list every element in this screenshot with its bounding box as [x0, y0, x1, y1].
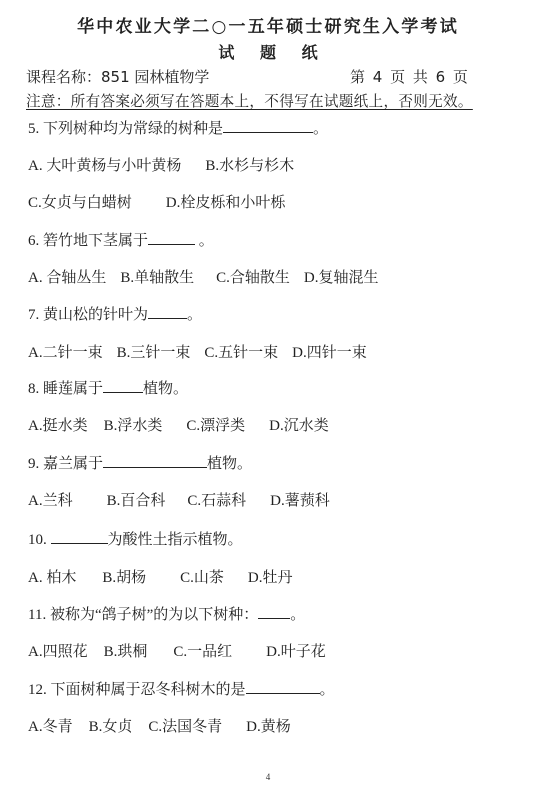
- course-name: 课程名称：851 园林植物学: [26, 66, 209, 87]
- stem-text: 10.: [28, 532, 51, 548]
- stem-text: 。: [320, 682, 335, 698]
- option: B.珙桐: [104, 644, 148, 660]
- options-row: C.女贞与白蜡树D.栓皮栎和小叶栎: [28, 191, 285, 212]
- options-row: A.四照花B.珙桐C.一品红D.叶子花: [28, 640, 326, 661]
- answer-blank: [103, 378, 143, 393]
- option: D.薯蓣科: [270, 493, 330, 509]
- option: A.四照花: [28, 644, 88, 660]
- stem-text: 。: [195, 233, 214, 249]
- options-row: A. 柏木B.胡杨C.山茶D.牡丹: [28, 566, 292, 587]
- stem-text: 11. 被称为“鸽子树”的为以下树种：: [28, 607, 258, 623]
- option: C.女贞与白蜡树: [28, 195, 132, 211]
- option: D.牡丹: [248, 570, 293, 586]
- option: C.法国冬青: [148, 719, 222, 735]
- stem-text: 6. 箬竹地下茎属于: [28, 233, 148, 249]
- option: C.五针一束: [204, 345, 278, 361]
- answer-blank: [103, 453, 207, 468]
- stem-text: 。: [290, 607, 305, 623]
- answer-blank: [223, 118, 313, 133]
- page-number: 4: [0, 772, 536, 782]
- option: B.三针一束: [117, 345, 191, 361]
- option: D.黄杨: [246, 719, 291, 735]
- question-stem: 8. 睡莲属于植物。: [28, 377, 188, 398]
- option: A.二针一束: [28, 345, 103, 361]
- stem-text: 为酸性土指示植物。: [108, 532, 243, 548]
- option: C.一品红: [173, 644, 232, 660]
- option: B.胡杨: [102, 570, 146, 586]
- option: C.山茶: [180, 570, 224, 586]
- question-stem: 6. 箬竹地下茎属于 。: [28, 229, 214, 250]
- options-row: A.挺水类B.浮水类C.漂浮类D.沉水类: [28, 414, 329, 435]
- option: A. 合轴丛生: [28, 270, 106, 286]
- answer-blank: [246, 679, 320, 694]
- option: A.挺水类: [28, 418, 88, 434]
- question-stem: 9. 嘉兰属于植物。: [28, 452, 252, 473]
- option: A.冬青: [28, 719, 73, 735]
- answer-blank: [258, 604, 290, 619]
- stem-text: 植物。: [143, 381, 188, 397]
- options-row: A. 合轴丛生B.单轴散生C.合轴散生D.复轴混生: [28, 266, 378, 287]
- exam-subtitle: 试 题 纸: [0, 40, 536, 63]
- stem-text: 。: [187, 307, 202, 323]
- option: A.兰科: [28, 493, 73, 509]
- answer-blank: [148, 304, 187, 319]
- options-row: A.兰科B.百合科C.石蒜科D.薯蓣科: [28, 489, 330, 510]
- answer-blank: [51, 529, 108, 544]
- stem-text: 5. 下列树种均为常绿的树种是: [28, 121, 223, 137]
- option: D.栓皮栎和小叶栎: [166, 195, 286, 211]
- option: D.叶子花: [266, 644, 326, 660]
- question-stem: 10. 为酸性土指示植物。: [28, 528, 243, 549]
- options-row: A. 大叶黄杨与小叶黄杨B.水杉与杉木: [28, 154, 294, 175]
- question-stem: 5. 下列树种均为常绿的树种是。: [28, 117, 328, 138]
- stem-text: 植物。: [207, 456, 252, 472]
- option: B.百合科: [107, 493, 166, 509]
- stem-text: 7. 黄山松的针叶为: [28, 307, 148, 323]
- option: B.水杉与杉木: [205, 158, 294, 174]
- option: A. 大叶黄杨与小叶黄杨: [28, 158, 181, 174]
- option: C.合轴散生: [216, 270, 290, 286]
- exam-page: 华中农业大学二○一五年硕士研究生入学考试 试 题 纸 课程名称：851 园林植物…: [0, 0, 536, 798]
- answer-blank: [148, 230, 195, 245]
- option: D.四针一束: [292, 345, 367, 361]
- page-info: 第 4 页 共 6 页: [350, 66, 468, 87]
- option: B.单轴散生: [120, 270, 194, 286]
- option: C.漂浮类: [186, 418, 245, 434]
- option: A. 柏木: [28, 570, 76, 586]
- option: B.女贞: [89, 719, 133, 735]
- options-row: A.二针一束B.三针一束C.五针一束D.四针一束: [28, 341, 367, 362]
- stem-text: 9. 嘉兰属于: [28, 456, 103, 472]
- notice: 注意：所有答案必须写在答题本上，不得写在试题纸上，否则无效。: [26, 90, 473, 111]
- exam-title: 华中农业大学二○一五年硕士研究生入学考试: [0, 12, 536, 37]
- option: D.沉水类: [269, 418, 329, 434]
- stem-text: 12. 下面树种属于忍冬科树木的是: [28, 682, 246, 698]
- question-stem: 11. 被称为“鸽子树”的为以下树种：。: [28, 603, 305, 624]
- question-stem: 12. 下面树种属于忍冬科树木的是。: [28, 678, 335, 699]
- question-stem: 7. 黄山松的针叶为。: [28, 303, 202, 324]
- option: B.浮水类: [104, 418, 163, 434]
- option: D.复轴混生: [304, 270, 379, 286]
- option: C.石蒜科: [187, 493, 246, 509]
- options-row: A.冬青B.女贞C.法国冬青D.黄杨: [28, 715, 291, 736]
- stem-text: 。: [313, 121, 328, 137]
- stem-text: 8. 睡莲属于: [28, 381, 103, 397]
